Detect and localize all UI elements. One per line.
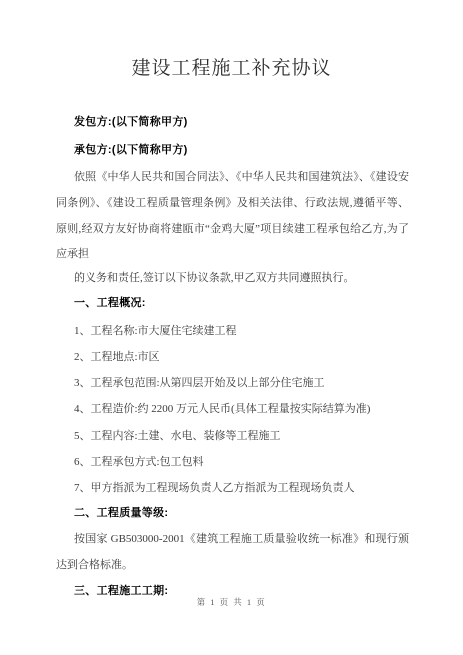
section-1-item: 5、工程内容:土建、水电、装修等工程施工 [56,425,409,447]
preamble-line: 应承担 [56,243,409,265]
document-page: 建设工程施工补充协议 发包方:(以下简称甲方) 承包方:(以下简称甲方) 依照《… [0,0,463,655]
section-2-heading: 二、工程质量等级: [56,502,409,524]
section-1-item: 3、工程承包范围:从第四层开始及以上部分住宅施工 [56,372,409,394]
party-contractor-line: 承包方:(以下简称甲方) [56,139,409,161]
preamble-line: 同条例》、《建设工程质量管理条例》及相关法律、行政法规,遵循平等、自愿和诚信的 [56,192,409,214]
section-2-line: 达到合格标准。 [56,554,409,576]
preamble-line: 原则,经双方友好协商将建瓯市“金鸡大厦”项目续建工程承包给乙方,为了明确双方 [56,218,409,240]
preamble-line: 的义务和责任,签订以下协议条款,甲乙双方共同遵照执行。 [56,267,409,289]
page-number-footer: 第 1 页 共 1 页 [0,596,463,608]
section-1-item: 2、工程地点:市区 [56,346,409,368]
section-1-heading: 一、工程概况: [56,292,409,314]
section-1-item: 7、甲方指派为工程现场负责人乙方指派为工程现场负责人 [56,477,409,499]
preamble-line: 依照《中华人民共和国合同法》、《中华人民共和国建筑法》、《建设安装工程承包合 [56,166,409,188]
section-1-item: 4、工程造价:约 2200 万元人民币(具体工程量按实际结算为准) [56,398,409,420]
section-1-item: 6、工程承包方式:包工包料 [56,451,409,473]
document-title: 建设工程施工补充协议 [0,53,463,80]
party-employer-line: 发包方:(以下简称甲方) [56,111,409,133]
section-1-item: 1、工程名称:市大厦住宅续建工程 [56,320,409,342]
section-2-line: 按国家 GB503000-2001《建筑工程施工质量验收统一标准》和现行颁发的验… [56,528,409,550]
